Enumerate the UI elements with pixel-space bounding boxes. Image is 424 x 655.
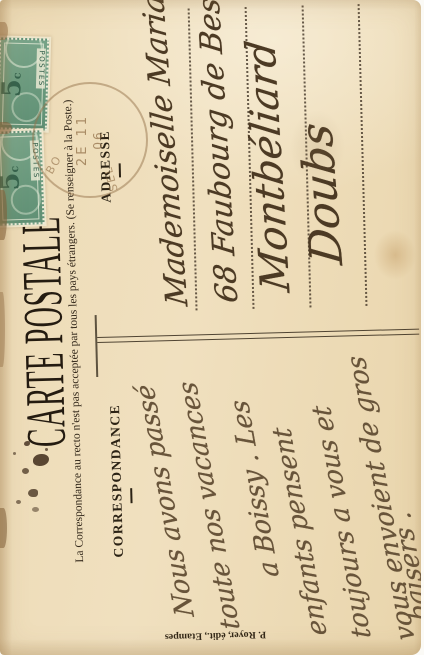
handwritten-city: Montbéliard [238, 39, 300, 294]
postcard-face: CARTE POSTALE La Correspondance au recto… [0, 0, 421, 655]
center-divider-line [97, 329, 419, 343]
publisher-imprint: P. Royer, édit., Etampes [116, 627, 266, 644]
handwritten-recipient-name: Mademoiselle Maria Marco [127, 0, 195, 307]
handwritten-department: Doubs [291, 121, 354, 266]
center-divider-cap [95, 315, 98, 377]
postcard: CARTE POSTALE La Correspondance au recto… [0, 0, 421, 655]
correspondence-label: CORRESPONDANCE [107, 404, 127, 558]
printed-layout: CARTE POSTALE La Correspondance au recto… [0, 0, 421, 655]
address-rule-4 [358, 4, 368, 306]
address-label: ADRESSE [97, 130, 115, 203]
correspondence-dash [130, 488, 132, 503]
address-dash [119, 163, 121, 177]
